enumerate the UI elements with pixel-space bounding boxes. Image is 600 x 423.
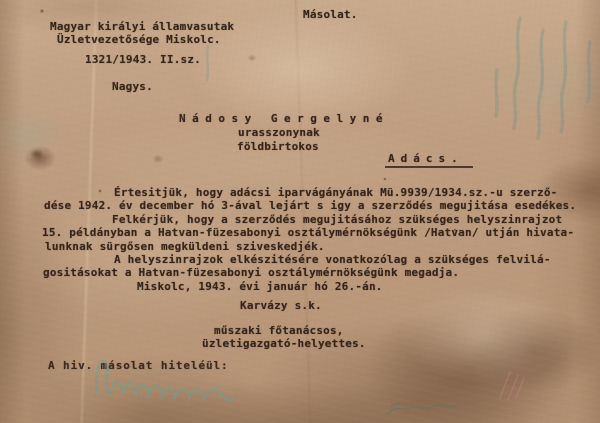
dateline: Miskolc, 1943. évi január hó 26.-án. (137, 281, 383, 293)
recipient-occupation: földbirtokos (237, 141, 319, 153)
signatory-title-2: üzletigazgató-helyettes. (202, 338, 366, 350)
org-dept-line: Üzletvezetősége Miskolc. (57, 34, 221, 46)
red-pencil-marks (500, 372, 524, 400)
salutation: Nagys. (112, 81, 153, 93)
body-line: 15. példányban a Hatvan-füzesabonyi oszt… (42, 227, 574, 239)
body-line: dése 1942. év december hó 3-ával lejárt … (44, 200, 576, 212)
body-line: Értesitjük, hogy adácsi iparvágányának M… (114, 187, 557, 199)
org-name-line: Magyar királyi államvasutak (50, 21, 234, 33)
ink-bleedthrough-marks (496, 18, 590, 138)
body-line: Felkérjük, hogy a szerződés megujitásáho… (112, 214, 562, 226)
scanned-letter-page: Másolat. Magyar királyi államvasutak Üzl… (0, 0, 600, 423)
ink-bleedthrough-streak (207, 46, 208, 80)
body-line: gositásokat a Hatvan-füzesabonyi osztály… (43, 267, 459, 279)
recipient-honorific: urasszonynak (238, 127, 320, 139)
pencil-note (388, 403, 455, 414)
body-line: A helyszinrajzok elkészitésére vonatkozó… (114, 254, 551, 266)
signatory-title-1: műszaki főtanácsos, (214, 325, 344, 337)
recipient-name: Nádosy Gergelyné (179, 113, 389, 125)
signatory-name: Karvázy s.k. (240, 300, 322, 312)
reference-number: 1321/1943. II.sz. (85, 54, 201, 66)
copy-label: Másolat. (303, 9, 358, 21)
body-line: lunknak sürgősen megküldeni sziveskedjék… (45, 241, 325, 253)
recipient-place: Adács. (385, 153, 473, 168)
certification-line: A hiv. másolat hiteléül: (48, 360, 229, 372)
